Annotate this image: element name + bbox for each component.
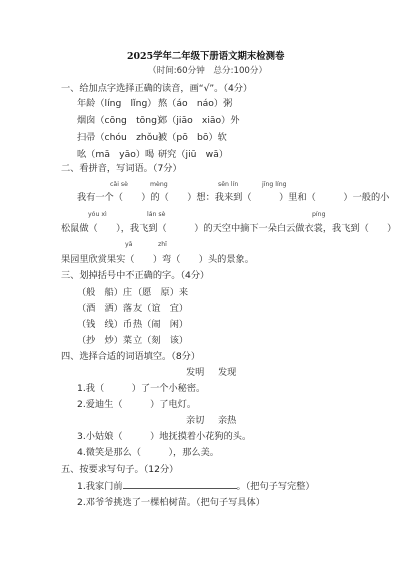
pinyin: mèng (150, 181, 168, 189)
s4-item: 2.爱迪生（ ）了电灯。 (77, 399, 196, 410)
pinyin: yóu xì (88, 211, 107, 219)
s2-text-line: 我有一个（ ）的（ ）想：我来到（ ）里和（ ）一般的小 (77, 192, 389, 203)
s3-item: 热（闹 闲） (133, 319, 188, 330)
word-option: 发明 (186, 367, 204, 378)
s3-item: 立（刻 该） (133, 335, 188, 346)
word-option: 发现 (218, 367, 236, 378)
s4-item: 3.小姑娘（ ）地抚摸着小花狗的头。 (77, 431, 251, 442)
s1-item: 年龄（líng lǐng） (77, 98, 156, 109)
s4-item: 1.我（ ）了一个小秘密。 (77, 383, 205, 394)
word-option: 亲热 (218, 415, 236, 426)
s2-text-line: 果园里欣赏果实（ ）弯（ ）头的景象。 (61, 254, 254, 265)
word-option: 亲切 (186, 415, 204, 426)
exam-info: （时间:60分钟 总分:100分） (148, 66, 267, 77)
pinyin: cǎi sè (110, 181, 128, 189)
s5-item-1-prefix: 1.我家门前 (77, 481, 123, 492)
s3-item: （钱 线）币 (77, 319, 132, 330)
s3-item: （愿 原）来 (133, 287, 188, 298)
section-3-heading: 三、划掉括号中不正确的字。（4分） (61, 270, 209, 281)
s3-item: （抄 炒）菜 (77, 335, 132, 346)
section-4-heading: 四、选择合适的词语填空。（8分） (61, 351, 200, 362)
pinyin: lán sè (147, 211, 165, 219)
s1-item: 吆（mā yāo）喝 (77, 149, 154, 160)
pinyin: zhī (158, 241, 167, 249)
s1-item: 扫帚（chóu zhǒu） (77, 132, 167, 143)
pinyin: píng (312, 211, 326, 219)
answer-blank[interactable] (123, 480, 237, 489)
s5-item-2: 2.邓爷爷挑选了一棵柏树苗。（把句子写具体） (77, 497, 265, 508)
pinyin: jīng líng (262, 181, 287, 189)
s1-item: 被（pō bō）软 (158, 132, 227, 143)
pinyin: yā (125, 241, 132, 249)
pinyin: sēn lín (218, 181, 238, 189)
exam-page: 2025学年二年级下册语文期末检测卷 （时间:60分钟 总分:100分） 一、给… (0, 0, 400, 566)
section-1-heading: 一、给加点字选择正确的读音，画“√”。（4分） (61, 83, 252, 94)
s2-text-line: 松鼠做（ ），我飞到（ ）的天空中摘下一朵白云做衣裳，我飞到（ ） (61, 223, 396, 234)
s5-item-1: 1.我家门前。（把句子写完整） (77, 480, 315, 492)
s4-item: 4.微笑是那么（ ），那么美。 (77, 447, 219, 458)
page-title: 2025学年二年级下册语文期末检测卷 (127, 51, 284, 62)
s1-item: 烟囱（cōng tōng） (77, 115, 166, 126)
s3-item: （酒 洒）落 (77, 303, 132, 314)
section-5-heading: 五、按要求写句子。（12分） (61, 464, 178, 475)
s1-item: 研究（jiū wā） (158, 149, 228, 160)
s3-item: （般 船）庄 (77, 287, 132, 298)
s1-item: 熬（áo náo）粥 (158, 98, 232, 109)
section-2-heading: 二、看拼音，写词语。（7分） (61, 163, 182, 174)
s1-item: 郊（jiāo xiāo）外 (158, 115, 240, 126)
s3-item: 友（谊 宜） (133, 303, 188, 314)
s5-item-1-suffix: 。（把句子写完整） (237, 481, 315, 492)
